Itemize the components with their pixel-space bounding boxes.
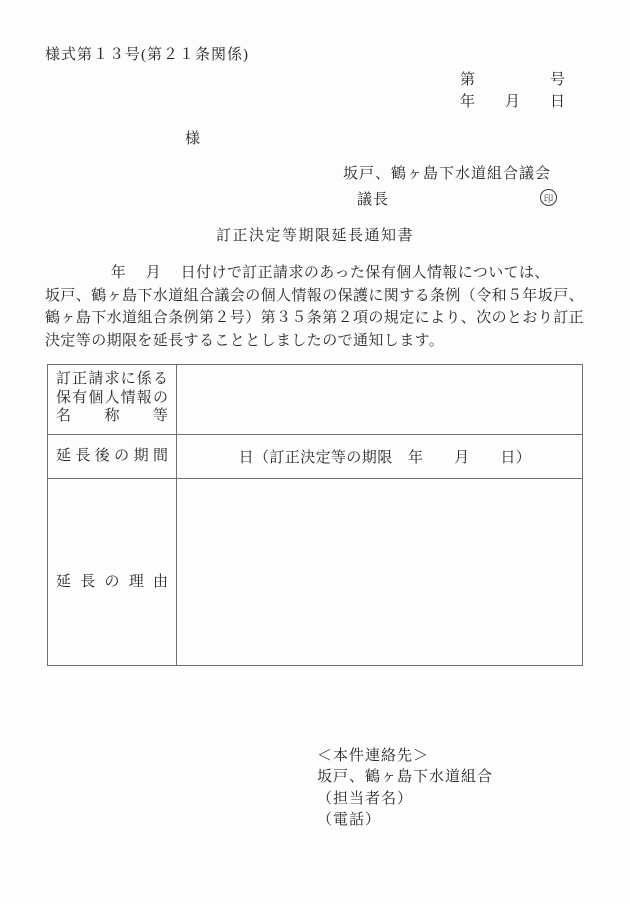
label-line: 保有個人情報の <box>56 389 168 408</box>
extended-period-value: 日（訂正決定等の期限 年 月 日） <box>177 435 582 478</box>
body-line: 坂戸、鶴ヶ島下水道組合議会の個人情報の保護に関する条例（令和５年坂戸、 <box>45 285 590 308</box>
seal-char: 印 <box>544 191 554 205</box>
addressee-suffix-label: 様 <box>185 127 200 148</box>
sender-org: 坂戸、鶴ヶ島下水道組合議会 <box>343 162 551 183</box>
doc-title: 訂正決定等期限延長通知書 <box>0 224 630 245</box>
doc-number-row: 第 号 <box>460 68 565 89</box>
table-row-extended-period: 延長後の期間 日（訂正決定等の期限 年 月 日） <box>48 434 582 478</box>
label-line: 名称等 <box>56 407 168 426</box>
label-line: 延長の理由 <box>56 573 168 592</box>
seal-mark-icon: 印 <box>540 189 557 206</box>
body-paragraph: 年 月 日付けで訂正請求のあった保有個人情報については、 坂戸、鶴ヶ島下水道組合… <box>45 262 590 352</box>
label-line: 訂正請求に係る <box>56 370 168 389</box>
doc-number-prefix: 第 <box>460 68 475 89</box>
date-row: 年 月 日 <box>460 90 565 111</box>
body-line: 鶴ヶ島下水道組合条例第２号）第３５条第２項の規定により、次のとおり訂正 <box>45 307 590 330</box>
label-line: 延長後の期間 <box>56 447 168 466</box>
contact-heading: ＜本件連絡先＞ <box>317 746 493 767</box>
date-year-label: 年 <box>460 90 475 111</box>
document-page: 様式第１３号(第２１条関係) 第 号 年 月 日 様 坂戸、鶴ヶ島下水道組合議会… <box>0 0 630 903</box>
extension-reason-label: 延長の理由 <box>48 479 177 665</box>
extension-reason-value <box>177 479 582 665</box>
doc-number-suffix: 号 <box>550 68 565 89</box>
table-row-info-name: 訂正請求に係る 保有個人情報の 名称等 <box>48 365 582 434</box>
date-month-label: 月 <box>505 90 520 111</box>
body-line: 決定等の期限を延長することとしましたので通知します。 <box>45 330 590 353</box>
request-info-name-label: 訂正請求に係る 保有個人情報の 名称等 <box>48 365 177 434</box>
form-number-label: 様式第１３号(第２１条関係) <box>45 43 249 64</box>
body-line: 年 月 日付けで訂正請求のあった保有個人情報については、 <box>45 262 590 285</box>
value-text: 日（訂正決定等の期限 年 月 日） <box>177 446 531 467</box>
date-day-label: 日 <box>550 90 565 111</box>
contact-block: ＜本件連絡先＞ 坂戸、鶴ヶ島下水道組合 （担当者名） （電話） <box>317 746 493 832</box>
sender-title: 議長 <box>357 188 389 209</box>
contact-person: （担当者名） <box>317 789 493 810</box>
contact-org: 坂戸、鶴ヶ島下水道組合 <box>317 767 493 788</box>
form-table: 訂正請求に係る 保有個人情報の 名称等 延長後の期間 日（訂正決定等の期限 年 … <box>47 364 583 666</box>
request-info-name-value <box>177 365 582 434</box>
contact-phone: （電話） <box>317 810 493 831</box>
table-row-extension-reason: 延長の理由 <box>48 478 582 665</box>
extended-period-label: 延長後の期間 <box>48 435 177 478</box>
